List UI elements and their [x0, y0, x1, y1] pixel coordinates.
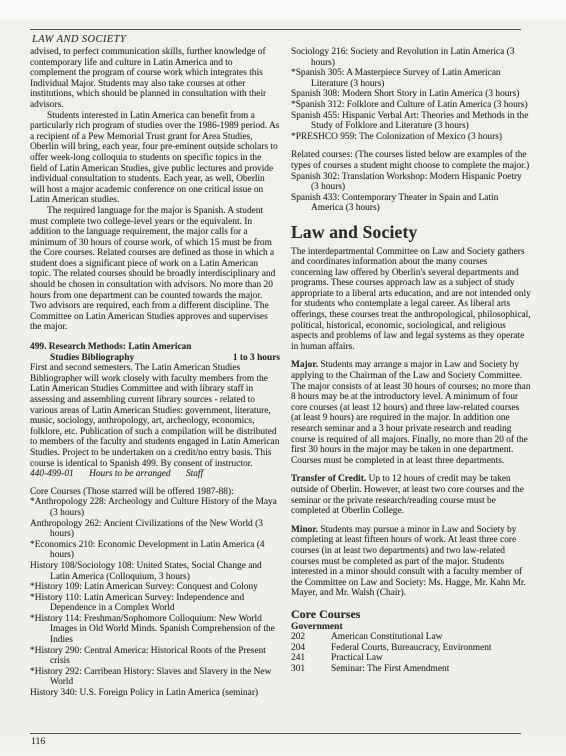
course-499-title-line2-row: Studies Bibliography 1 to 3 hours [30, 353, 280, 364]
course-title: Federal Courts, Bureaucracy, Environment [331, 643, 531, 654]
core-course-item: *Spanish 305: A Masterpiece Survey of La… [291, 68, 531, 89]
paragraph: The required language for the major is S… [30, 206, 280, 333]
core-courses-intro: Core Courses (Those starred will be offe… [30, 487, 280, 498]
core-courses-heading: Core Courses [291, 609, 531, 620]
major-paragraph: Major. Students may arrange a major in L… [291, 360, 531, 466]
government-course-row: 204 Federal Courts, Bureaucracy, Environ… [291, 643, 531, 654]
course-499-hours: 1 to 3 hours [233, 353, 280, 364]
course-499-meeting-time: Hours to be arranged [89, 469, 171, 479]
transfer-of-credit-paragraph: Transfer of Credit. Up to 12 hours of cr… [291, 474, 531, 516]
core-course-item: Sociology 216: Society and Revolution in… [291, 47, 531, 68]
footer-rule [30, 733, 521, 734]
course-number: 202 [291, 632, 331, 643]
major-label: Major. [291, 360, 318, 370]
related-courses-note: Related courses: (The courses listed bel… [291, 150, 531, 171]
core-course-item: History 108/Sociology 108: United States… [30, 561, 280, 582]
paragraph: Students interested in Latin America can… [30, 111, 280, 206]
course-499-schedule-line: 440-499-01 Hours to be arranged Staff [30, 469, 280, 480]
related-course-item: Spanish 302: Translation Workshop: Moder… [291, 172, 531, 193]
core-course-item: Spanish 308: Modern Short Story in Latin… [291, 89, 531, 100]
core-course-item: *PRESHCO 959: The Colonization of Mexico… [291, 132, 531, 143]
course-number: 301 [291, 664, 331, 675]
core-course-item: *History 109: Latin American Survey: Con… [30, 582, 280, 593]
core-course-item: History 340: U.S. Foreign Policy in Lati… [30, 688, 280, 699]
government-subheading: Government [291, 622, 531, 633]
course-499-instructor: Staff [186, 469, 203, 479]
course-title: American Constitutional Law [331, 632, 531, 643]
minor-label: Minor. [291, 525, 318, 535]
core-course-item: *History 290: Central America: Historica… [30, 646, 280, 667]
core-course-item: *Anthropology 228: Archeology and Cultur… [30, 497, 280, 518]
course-499-description: First and second semesters. The Latin Am… [30, 363, 280, 469]
course-499-section-number: 440-499-01 [30, 469, 74, 479]
catalog-page: LAW AND SOCIETY advised, to perfect comm… [0, 0, 566, 756]
course-499-title-line1: 499. Research Methods: Latin American [30, 342, 280, 353]
left-column: advised, to perfect communication skills… [30, 47, 280, 699]
core-course-item: Spanish 455: Hispanic Verbal Art: Theori… [291, 111, 531, 132]
course-title: Seminar: The First Amendment [331, 664, 531, 675]
core-course-item: *Economics 210: Economic Development in … [30, 540, 280, 561]
minor-paragraph: Minor. Students may pursue a minor in La… [291, 525, 531, 599]
government-course-row: 301 Seminar: The First Amendment [291, 664, 531, 675]
core-course-item: *History 114: Freshman/Sophomore Colloqu… [30, 614, 280, 646]
paragraph: advised, to perfect communication skills… [30, 47, 280, 111]
course-title: Practical Law [331, 653, 531, 664]
core-course-item: *History 110: Latin American Survey: Ind… [30, 593, 280, 614]
right-column: Sociology 216: Society and Revolution in… [291, 47, 531, 674]
course-number: 204 [291, 643, 331, 654]
related-course-item: Spanish 433: Contemporary Theater in Spa… [291, 193, 531, 214]
government-course-row: 202 American Constitutional Law [291, 632, 531, 643]
course-499-heading: 499. Research Methods: Latin American St… [30, 342, 280, 363]
core-course-item: *History 292: Carribean History: Slaves … [30, 667, 280, 688]
core-course-item: Anthropology 262: Ancient Civilizations … [30, 519, 280, 540]
law-society-intro: The interdepartmental Committee on Law a… [291, 247, 531, 353]
core-course-item: *Spanish 312: Folklore and Culture of La… [291, 100, 531, 111]
course-number: 241 [291, 653, 331, 664]
header-rule [30, 29, 521, 30]
page-number: 116 [31, 736, 45, 747]
transfer-label: Transfer of Credit. [291, 474, 366, 484]
government-course-row: 241 Practical Law [291, 653, 531, 664]
section-heading-law-and-society: Law and Society [291, 227, 531, 238]
running-header: LAW AND SOCIETY [32, 34, 126, 45]
course-499-title-line2: Studies Bibliography [50, 353, 134, 364]
minor-text: Students may pursue a minor in Law and S… [291, 525, 526, 599]
major-text: Students may arrange a major in Law and … [291, 360, 531, 465]
